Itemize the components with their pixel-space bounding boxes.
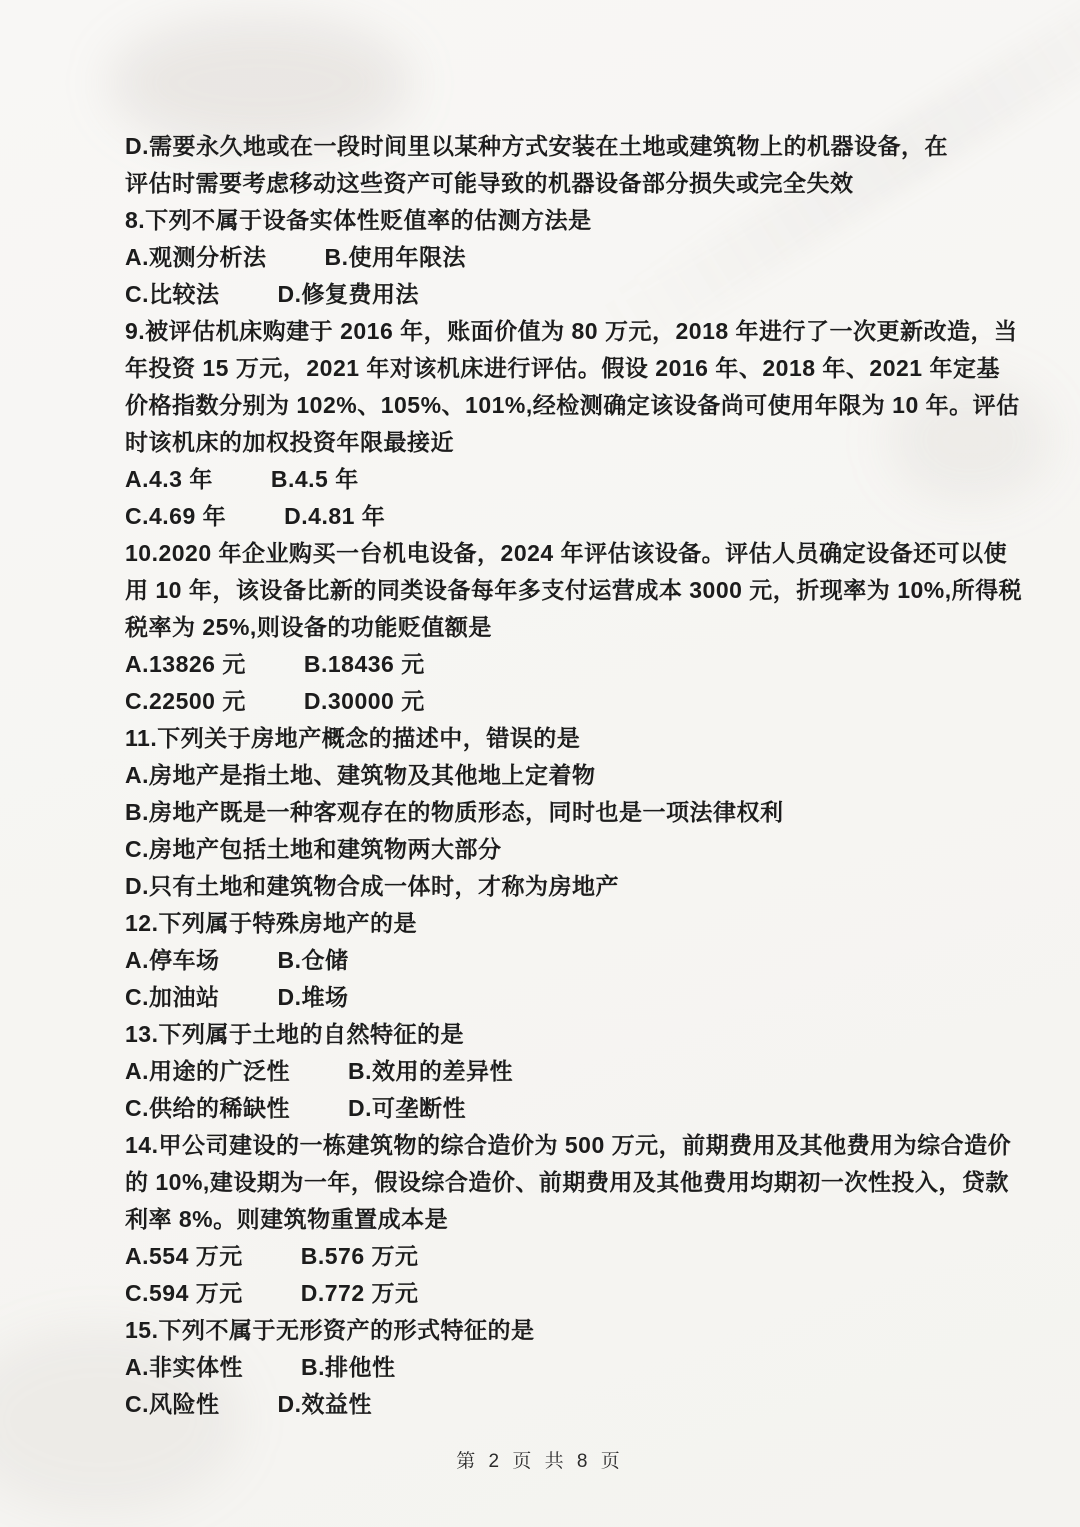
- question-14-stem-line-1: 14.甲公司建设的一栋建筑物的综合造价为 500 万元，前期费用及其他费用为综合…: [125, 1127, 965, 1164]
- question-9-options-row-2: C.4.69 年 D.4.81 年: [125, 498, 965, 535]
- question-9-stem-line-1: 9.被评估机床购建于 2016 年，账面价值为 80 万元，2018 年进行了一…: [125, 313, 965, 350]
- question-12-options-row-2: C.加油站 D.堆场: [125, 979, 965, 1016]
- question-13: 13.下列属于土地的自然特征的是 A.用途的广泛性 B.效用的差异性 C.供给的…: [125, 1016, 965, 1127]
- question-15-options-row-1: A.非实体性 B.排他性: [125, 1349, 965, 1386]
- question-10-stem-line-3: 税率为 25%,则设备的功能贬值额是: [125, 609, 965, 646]
- question-13-option-a: A.用途的广泛性: [125, 1053, 290, 1090]
- carryover-option-d-line-1: D.需要永久地或在一段时间里以某种方式安装在土地或建筑物上的机器设备，在: [125, 128, 965, 165]
- question-9-options-row-1: A.4.3 年 B.4.5 年: [125, 461, 965, 498]
- question-13-options-row-2: C.供给的稀缺性 D.可垄断性: [125, 1090, 965, 1127]
- question-12-option-a: A.停车场: [125, 942, 220, 979]
- question-15-option-d: D.效益性: [278, 1386, 373, 1423]
- question-9-stem-line-3: 价格指数分别为 102%、105%、101%,经检测确定该设备尚可使用年限为 1…: [125, 387, 965, 424]
- question-14-stem-line-3: 利率 8%。则建筑物重置成本是: [125, 1201, 965, 1238]
- question-12-option-d: D.堆场: [278, 979, 349, 1016]
- question-13-option-d: D.可垄断性: [348, 1090, 466, 1127]
- question-8-option-a: A.观测分析法: [125, 239, 267, 276]
- question-14-stem-line-2: 的 10%,建设期为一年，假设综合造价、前期费用及其他费用均期初一次性投入，贷款: [125, 1164, 965, 1201]
- question-9-stem-line-4: 时该机床的加权投资年限最接近: [125, 424, 965, 461]
- question-13-option-b: B.效用的差异性: [348, 1053, 513, 1090]
- question-14-options-row-1: A.554 万元 B.576 万元: [125, 1238, 965, 1275]
- question-9-option-a: A.4.3 年: [125, 461, 213, 498]
- question-8-option-b: B.使用年限法: [325, 239, 467, 276]
- question-8-options-row-1: A.观测分析法 B.使用年限法: [125, 239, 965, 276]
- question-12-option-c: C.加油站: [125, 979, 220, 1016]
- question-11: 11.下列关于房地产概念的描述中，错误的是 A.房地产是指土地、建筑物及其他地上…: [125, 720, 965, 905]
- question-11-stem: 11.下列关于房地产概念的描述中，错误的是: [125, 720, 965, 757]
- question-14-options-row-2: C.594 万元 D.772 万元: [125, 1275, 965, 1312]
- page-number: 第 2 页 共 8 页: [0, 1446, 1080, 1473]
- question-15-option-c: C.风险性: [125, 1386, 220, 1423]
- question-8-stem: 8.下列不属于设备实体性贬值率的估测方法是: [125, 202, 965, 239]
- question-15-option-b: B.排他性: [301, 1349, 396, 1386]
- question-9-option-b: B.4.5 年: [271, 461, 359, 498]
- question-8-options-row-2: C.比较法 D.修复费用法: [125, 276, 965, 313]
- question-8: 8.下列不属于设备实体性贬值率的估测方法是 A.观测分析法 B.使用年限法 C.…: [125, 202, 965, 313]
- question-13-option-c: C.供给的稀缺性: [125, 1090, 290, 1127]
- question-10-option-c: C.22500 元: [125, 683, 246, 720]
- question-9: 9.被评估机床购建于 2016 年，账面价值为 80 万元，2018 年进行了一…: [125, 313, 965, 535]
- question-10-options-row-1: A.13826 元 B.18436 元: [125, 646, 965, 683]
- question-15-stem: 15.下列不属于无形资产的形式特征的是: [125, 1312, 965, 1349]
- question-12-options-row-1: A.停车场 B.仓储: [125, 942, 965, 979]
- question-14: 14.甲公司建设的一栋建筑物的综合造价为 500 万元，前期费用及其他费用为综合…: [125, 1127, 965, 1312]
- question-12: 12.下列属于特殊房地产的是 A.停车场 B.仓储 C.加油站 D.堆场: [125, 905, 965, 1016]
- question-9-option-d: D.4.81 年: [284, 498, 385, 535]
- question-13-options-row-1: A.用途的广泛性 B.效用的差异性: [125, 1053, 965, 1090]
- question-10-options-row-2: C.22500 元 D.30000 元: [125, 683, 965, 720]
- question-15: 15.下列不属于无形资产的形式特征的是 A.非实体性 B.排他性 C.风险性 D…: [125, 1312, 965, 1423]
- question-10: 10.2020 年企业购买一台机电设备，2024 年评估该设备。评估人员确定设备…: [125, 535, 965, 720]
- question-14-option-c: C.594 万元: [125, 1275, 243, 1312]
- question-15-option-a: A.非实体性: [125, 1349, 243, 1386]
- question-15-options-row-2: C.风险性 D.效益性: [125, 1386, 965, 1423]
- question-14-option-d: D.772 万元: [301, 1275, 419, 1312]
- question-8-option-c: C.比较法: [125, 276, 220, 313]
- question-10-option-a: A.13826 元: [125, 646, 246, 683]
- question-11-option-a: A.房地产是指土地、建筑物及其他地上定着物: [125, 757, 965, 794]
- exam-content: D.需要永久地或在一段时间里以某种方式安装在土地或建筑物上的机器设备，在 评估时…: [125, 128, 965, 1423]
- question-12-stem: 12.下列属于特殊房地产的是: [125, 905, 965, 942]
- carryover-option-d-line-2: 评估时需要考虑移动这些资产可能导致的机器设备部分损失或完全失效: [125, 165, 965, 202]
- question-11-option-d: D.只有土地和建筑物合成一体时，才称为房地产: [125, 868, 965, 905]
- question-11-option-b: B.房地产既是一种客观存在的物质形态，同时也是一项法律权利: [125, 794, 965, 831]
- exam-page: D.需要永久地或在一段时间里以某种方式安装在土地或建筑物上的机器设备，在 评估时…: [0, 0, 1080, 1527]
- question-11-option-c: C.房地产包括土地和建筑物两大部分: [125, 831, 965, 868]
- question-10-stem-line-1: 10.2020 年企业购买一台机电设备，2024 年评估该设备。评估人员确定设备…: [125, 535, 965, 572]
- question-10-stem-line-2: 用 10 年，该设备比新的同类设备每年多支付运营成本 3000 元，折现率为 1…: [125, 572, 965, 609]
- question-13-stem: 13.下列属于土地的自然特征的是: [125, 1016, 965, 1053]
- question-10-option-b: B.18436 元: [304, 646, 425, 683]
- question-12-option-b: B.仓储: [278, 942, 349, 979]
- question-9-option-c: C.4.69 年: [125, 498, 226, 535]
- question-14-option-b: B.576 万元: [301, 1238, 419, 1275]
- question-9-stem-line-2: 年投资 15 万元，2021 年对该机床进行评估。假设 2016 年、2018 …: [125, 350, 965, 387]
- question-14-option-a: A.554 万元: [125, 1238, 243, 1275]
- question-8-option-d: D.修复费用法: [278, 276, 420, 313]
- question-10-option-d: D.30000 元: [304, 683, 425, 720]
